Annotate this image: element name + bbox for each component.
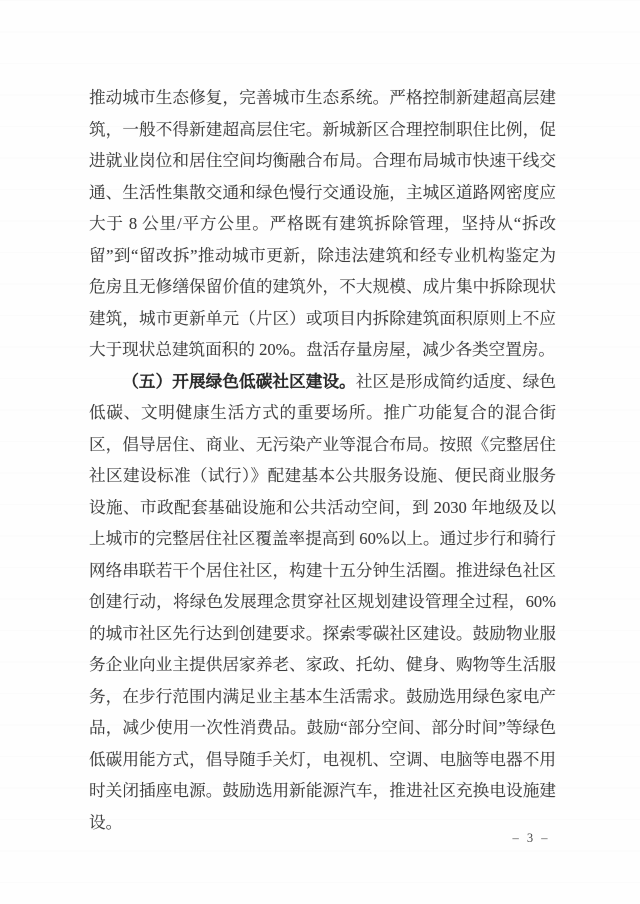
body-text: 推动城市生态修复，完善城市生态系统。严格控制新建超高层建筑，一般不得新建超高层住…: [89, 88, 556, 359]
document-body: 推动城市生态修复，完善城市生态系统。严格控制新建超高层建筑，一般不得新建超高层住…: [89, 82, 556, 838]
document-page: 推动城市生态修复，完善城市生态系统。严格控制新建超高层建筑，一般不得新建超高层住…: [0, 0, 640, 904]
section-heading: （五）开展绿色低碳社区建设。: [122, 372, 356, 391]
paragraph-green-community: （五）开展绿色低碳社区建设。社区是形成简约适度、绿色低碳、文明健康生活方式的重要…: [89, 366, 556, 839]
paragraph-urban-renewal: 推动城市生态修复，完善城市生态系统。严格控制新建超高层建筑，一般不得新建超高层住…: [89, 82, 556, 366]
page-number: – 3 –: [513, 831, 551, 846]
body-text: 社区是形成简约适度、绿色低碳、文明健康生活方式的重要场所。推广功能复合的混合街区…: [89, 372, 556, 832]
